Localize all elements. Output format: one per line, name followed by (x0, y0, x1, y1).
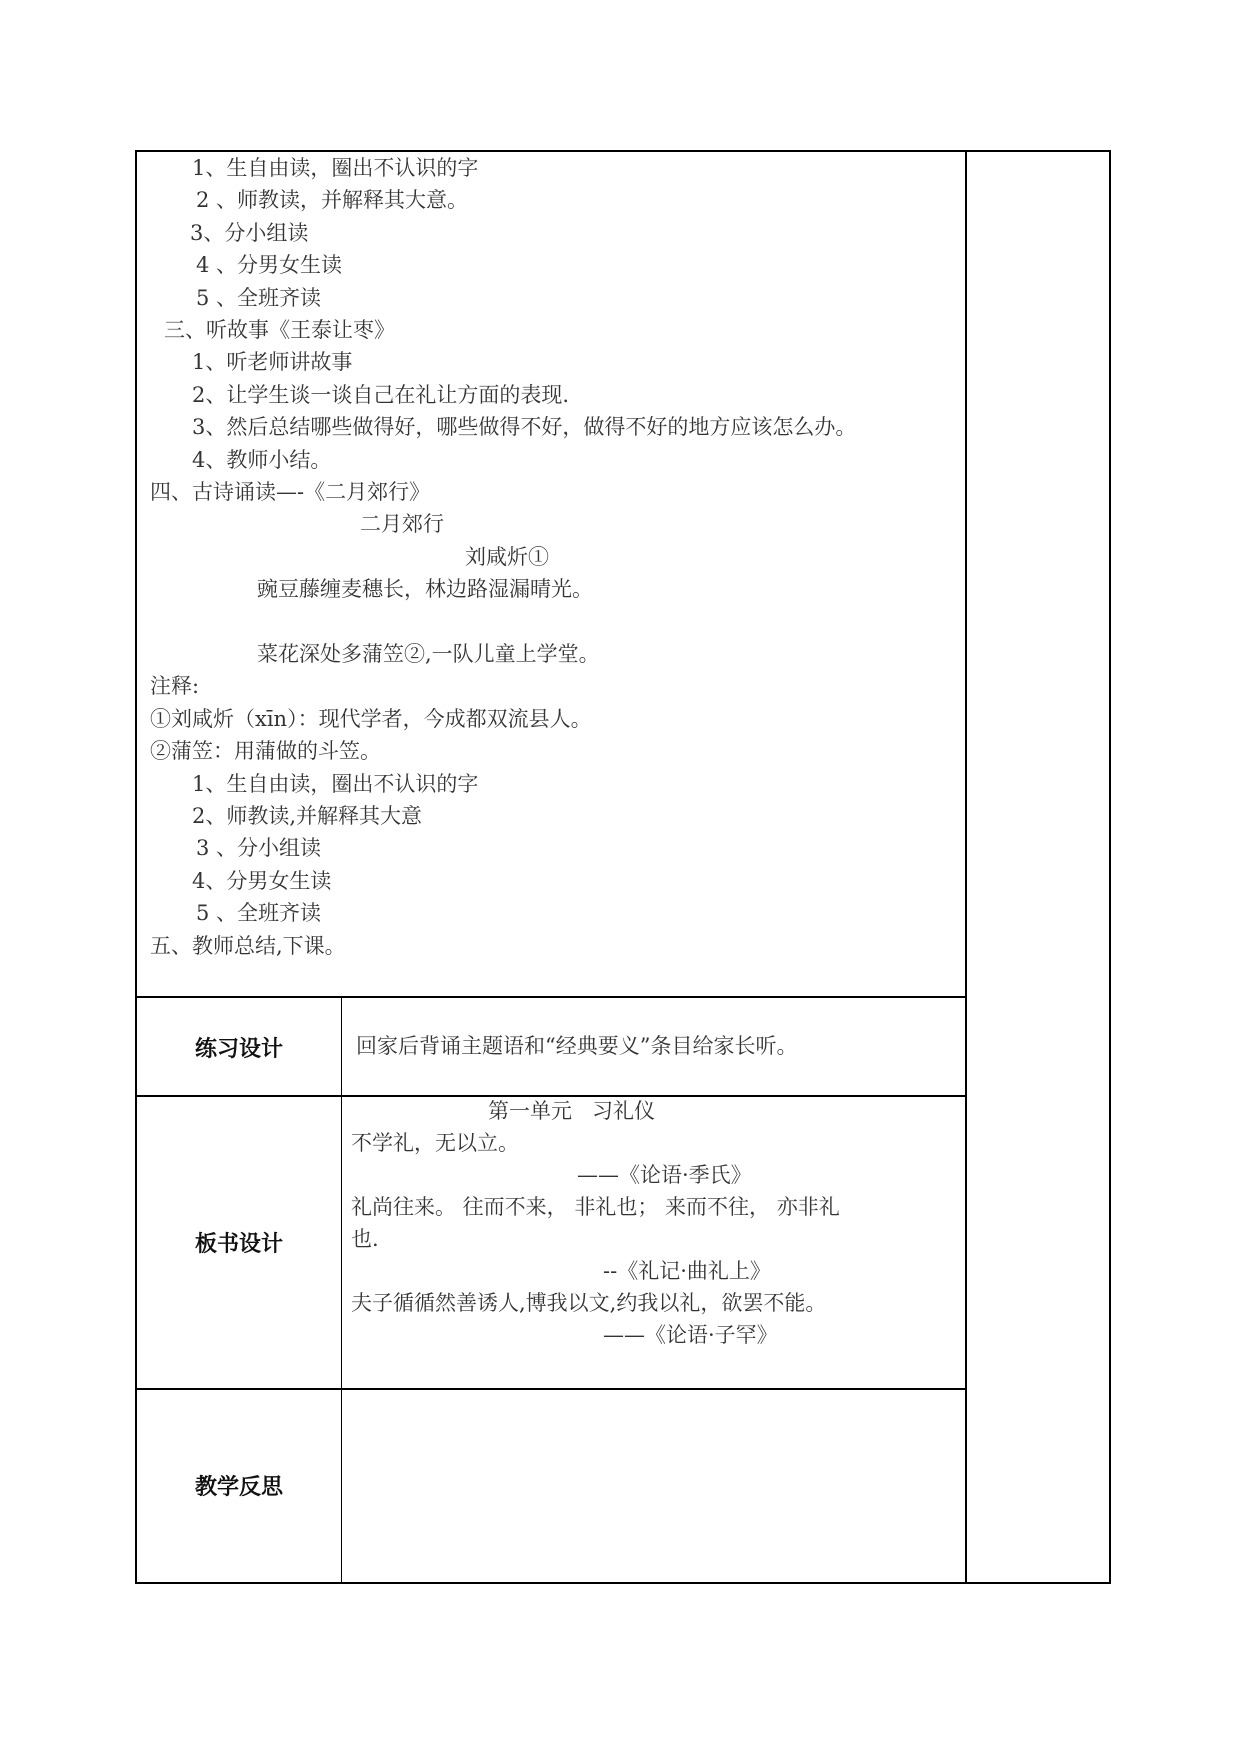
lesson-body-line: ②蒲笠：用蒲做的斗笠。 (150, 735, 381, 767)
lesson-body-line: 5 、全班齐读 (196, 282, 321, 314)
board-design-label: 板书设计 (137, 1227, 341, 1258)
lesson-body-line: 5 、全班齐读 (196, 897, 321, 929)
board-design-line: --《礼记·曲礼上》 (603, 1255, 771, 1287)
lesson-body-line: 4 、分男女生读 (196, 249, 342, 281)
lesson-body-line: 1、生自由读，圈出不认识的字 (192, 768, 478, 800)
lesson-body-line: 1、生自由读，圈出不认识的字 (192, 152, 478, 184)
lesson-body-line: 三、听故事《王泰让枣》 (164, 314, 395, 346)
lesson-body-line: 五、教师总结,下课。 (150, 930, 346, 962)
practice-design-label: 练习设计 (137, 1032, 341, 1063)
board-design-cell: 第一单元 习礼仪不学礼，无以立。——《论语·季氏》礼尚往来。 往而不来， 非礼也… (342, 1097, 965, 1387)
board-design-line: 夫子循循然善诱人,博我以文,约我以礼，欲罢不能。 (351, 1287, 826, 1319)
lesson-body-cell: 1、生自由读，圈出不认识的字2 、师教读，并解释其大意。3、分小组读4 、分男女… (137, 152, 965, 996)
board-design-line: ——《论语·子罕》 (603, 1319, 778, 1351)
board-design-line: ——《论语·季氏》 (577, 1159, 752, 1191)
lesson-body-line: 2、让学生谈一谈自己在礼让方面的表现. (192, 379, 569, 411)
lesson-body-line: ①刘咸炘（xīn）：现代学者，今成都双流县人。 (150, 703, 592, 735)
lesson-body-line: 刘咸炘① (465, 541, 549, 573)
lesson-body-line: 2、师教读,并解释其大意 (192, 800, 422, 832)
right-column-divider (965, 152, 967, 1582)
row-divider-reflection (137, 1388, 967, 1390)
lesson-body-line: 豌豆藤缠麦穗长，林边路湿漏晴光。 (257, 573, 593, 605)
lesson-body-line: 菜花深处多蒲笠②,一队儿童上学堂。 (257, 638, 600, 670)
lesson-body-line: 2 、师教读，并解释其大意。 (196, 184, 468, 216)
lesson-body-line: 4、分男女生读 (192, 865, 331, 897)
lesson-body-line: 四、古诗诵读—-《二月郊行》 (150, 476, 430, 508)
practice-design-content: 回家后背诵主题语和“经典要义”条目给家长听。 (356, 1030, 797, 1062)
lesson-body-line: 二月郊行 (360, 508, 444, 540)
board-design-line: 第一单元 习礼仪 (488, 1095, 655, 1127)
lesson-body-line: 3 、分小组读 (196, 832, 321, 864)
lesson-body-line: 注释: (150, 670, 199, 702)
row-divider-practice (137, 996, 967, 998)
lesson-body-line: 4、教师小结。 (192, 444, 331, 476)
board-design-line: 不学礼，无以立。 (351, 1127, 519, 1159)
lesson-body-line: 1、听老师讲故事 (192, 346, 352, 378)
lesson-body-line: 3、然后总结哪些做得好，哪些做得不好，做得不好的地方应该怎么办。 (192, 411, 856, 443)
board-design-line: 也. (351, 1223, 379, 1255)
lesson-plan-table: 1、生自由读，圈出不认识的字2 、师教读，并解释其大意。3、分小组读4 、分男女… (135, 150, 1111, 1584)
board-design-line: 礼尚往来。 往而不来， 非礼也； 来而不往， 亦非礼 (351, 1191, 840, 1223)
lesson-body-line: 3、分小组读 (190, 217, 308, 249)
teaching-reflection-label: 教学反思 (137, 1470, 341, 1501)
